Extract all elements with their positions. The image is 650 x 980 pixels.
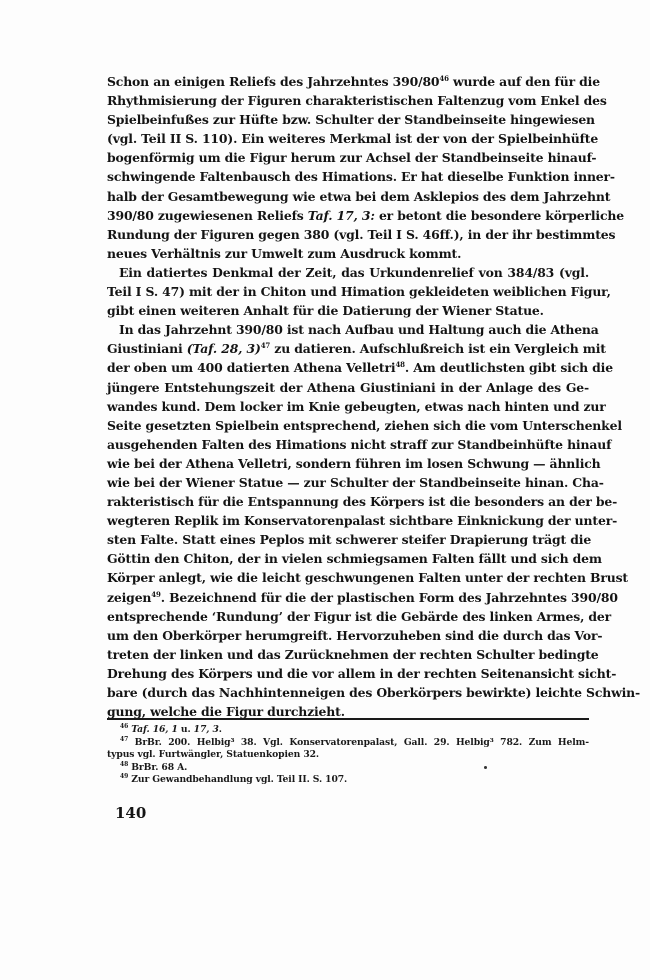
text-line: bare (durch das Nachhintenneigen des Obe…	[107, 683, 589, 702]
text-line: wegteren Replik im Konservatorenpalast s…	[107, 511, 589, 530]
text-line: bogenförmig um die Figur herum zur Achse…	[107, 148, 589, 167]
page-number: 140	[115, 804, 146, 822]
text-line: Seite gesetzten Spielbein entsprechend, …	[107, 416, 589, 435]
text-line: wie bei der Athena Velletri, sondern füh…	[107, 454, 589, 473]
plate-reference: (Taf. 28, 3)	[187, 341, 261, 356]
footnote-48: 48 BrBr. 68 A.	[107, 762, 589, 775]
footnote-49: 49 Zur Gewandbehandlung vgl. Teil II. S.…	[107, 774, 589, 787]
text-line: der oben um 400 datierten Athena Velletr…	[107, 358, 589, 377]
footnote-47: 47 BrBr. 200. Helbig³ 38. Vgl. Konservat…	[107, 737, 589, 750]
text-line: treten der linken und das Zurücknehmen d…	[107, 645, 589, 664]
footnote-ref-46: 46	[439, 74, 448, 83]
footnote-ref-49: 49	[151, 590, 160, 599]
text-line: jüngere Entstehungszeit der Athena Giust…	[107, 378, 589, 397]
text-line: schwingende Faltenbausch des Himations. …	[107, 167, 589, 186]
text-line: Giustiniani (Taf. 28, 3)47 zu datieren. …	[107, 339, 589, 358]
book-page: Schon an einigen Reliefs des Jahrzehntes…	[0, 0, 650, 980]
text-line: Göttin den Chiton, der in vielen schmieg…	[107, 549, 589, 568]
footnotes: 46 Taf. 16, 1 u. 17, 3. 47 BrBr. 200. He…	[107, 724, 589, 787]
text-line: wie bei der Wiener Statue — zur Schulter…	[107, 473, 589, 492]
plate-reference: Taf. 17, 3:	[308, 208, 375, 223]
footnote-ref-48: 48	[395, 360, 404, 369]
text-line: neues Verhältnis zur Umwelt zum Ausdruck…	[107, 244, 589, 263]
scan-speck	[484, 766, 487, 769]
text-line: Ein datiertes Denkmal der Zeit, das Urku…	[107, 263, 589, 282]
text-line: ausgehenden Falten des Himations nicht s…	[107, 435, 589, 454]
text-line: Schon an einigen Reliefs des Jahrzehntes…	[107, 72, 589, 91]
text-line: wandes kund. Dem locker im Knie gebeugte…	[107, 397, 589, 416]
text-line: gibt einen weiteren Anhalt für die Datie…	[107, 301, 589, 320]
body-text: Schon an einigen Reliefs des Jahrzehntes…	[107, 72, 589, 721]
text-line: halb der Gesamtbewegung wie etwa bei dem…	[107, 187, 589, 206]
text-line: Rundung der Figuren gegen 380 (vgl. Teil…	[107, 225, 589, 244]
text-line: Rhythmisierung der Figuren charakteristi…	[107, 91, 589, 110]
text-line: entsprechende ‘Rundung’ der Figur ist di…	[107, 607, 589, 626]
text-line: sten Falte. Statt eines Peplos mit schwe…	[107, 530, 589, 549]
text-line: Drehung des Körpers und die vor allem in…	[107, 664, 589, 683]
text-line: Körper anlegt, wie die leicht geschwunge…	[107, 568, 589, 587]
footnote-47-continued: typus vgl. Furtwängler, Statuenkopien 32…	[107, 749, 589, 762]
footnote-46: 46 Taf. 16, 1 u. 17, 3.	[107, 724, 589, 737]
text-line: In das Jahrzehnt 390/80 ist nach Aufbau …	[107, 320, 589, 339]
text-line: rakteristisch für die Entspannung des Kö…	[107, 492, 589, 511]
text-line: Spielbeinfußes zur Hüfte bzw. Schulter d…	[107, 110, 589, 129]
text-line: (vgl. Teil II S. 110). Ein weiteres Merk…	[107, 129, 589, 148]
text-line: zeigen49. Bezeichnend für die der plasti…	[107, 588, 589, 607]
footnote-divider	[107, 718, 589, 720]
text-line: 390/80 zugewiesenen Reliefs Taf. 17, 3: …	[107, 206, 589, 225]
text-line: Teil I S. 47) mit der in Chiton und Hima…	[107, 282, 589, 301]
footnote-ref-47: 47	[261, 341, 270, 350]
text-line: um den Oberkörper herumgreift. Hervorzuh…	[107, 626, 589, 645]
